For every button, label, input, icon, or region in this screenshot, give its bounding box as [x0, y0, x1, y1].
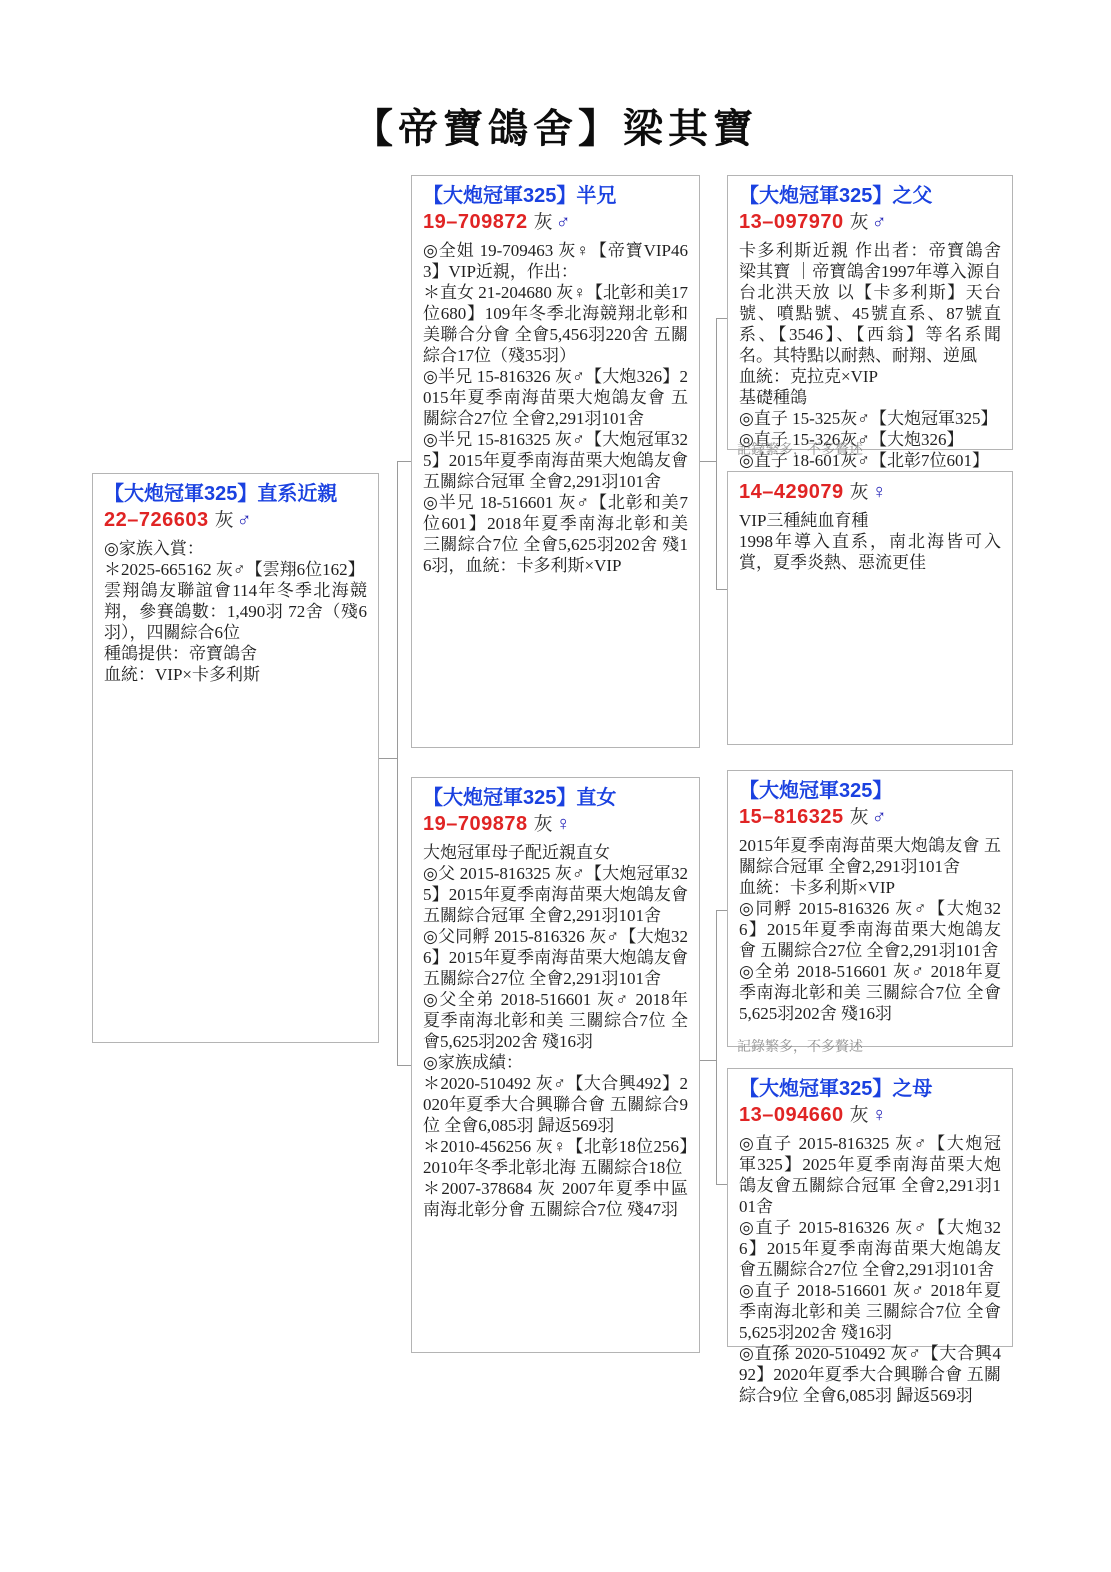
sex-symbol: ♀ — [556, 813, 571, 835]
box-body: ◎全姐 19-709463 灰♀【帝寶VIP463】VIP近親，作出： ＊直女 … — [423, 240, 688, 576]
color-label: 灰 — [215, 510, 234, 531]
connector-subject-stub — [379, 758, 397, 759]
box-body: 2015年夏季南海苗栗大炮鴿友會 五關綜合冠軍 全會2,291羽101舍 血統：… — [739, 835, 1001, 1024]
ring-number: 13–094660 — [739, 1104, 844, 1126]
ring-line: 13–094660灰♀ — [739, 1102, 1001, 1129]
color-label: 灰 — [850, 482, 869, 503]
sex-symbol: ♂ — [237, 509, 252, 531]
ring-number: 22–726603 — [104, 509, 209, 531]
ring-number: 15–816325 — [739, 806, 844, 828]
ring-line: 19–709878灰♀ — [423, 811, 688, 838]
box-body: ◎家族入賞： ＊2025-665162 灰♂【雲翔6位162】 雲翔鴿友聯誼會1… — [104, 538, 367, 685]
record-note: 記錄繁多，不多贅述 — [737, 440, 863, 458]
box-title: 【大炮冠軍325】直女 — [423, 785, 688, 811]
pedigree-box-mother-sire: 【大炮冠軍325】 15–816325灰♂ 2015年夏季南海苗栗大炮鴿友會 五… — [727, 770, 1013, 1047]
box-body: ◎直子 2015-816325 灰♂【大炮冠軍325】2025年夏季南海苗栗大炮… — [739, 1133, 1001, 1406]
pedigree-box-father-dam: 14–429079灰♀ VIP三種純血育種 1998年導入直系，南北海皆可入賞，… — [727, 471, 1013, 745]
connector-father-stub — [700, 461, 716, 462]
ring-number: 13–097970 — [739, 211, 844, 233]
box-title: 【大炮冠軍325】 — [739, 778, 1001, 804]
connector-subject-parents — [397, 461, 412, 1066]
page-title: 【帝寶鴿舍】梁其寶 — [0, 97, 1111, 154]
ring-line: 14–429079灰♀ — [739, 479, 1001, 506]
box-body: VIP三種純血育種 1998年導入直系，南北海皆可入賞，夏季炎熱、惡流更佳 — [739, 510, 1001, 573]
color-label: 灰 — [850, 212, 869, 233]
box-body: 卡多利斯近親 作出者：帝寶鴿舍 梁其寶 ｜帝寶鴿舍1997年導入源自 台北洪天放… — [739, 240, 1001, 471]
color-label: 灰 — [534, 814, 553, 835]
ring-number: 19–709872 — [423, 211, 528, 233]
color-label: 灰 — [534, 212, 553, 233]
connector-father-parents — [716, 318, 727, 590]
sex-symbol: ♂ — [872, 806, 887, 828]
box-title: 【大炮冠軍325】直系近親 — [104, 481, 367, 507]
ring-number: 14–429079 — [739, 481, 844, 503]
connector-mother-stub — [700, 1060, 716, 1061]
pedigree-box-mother-dam: 【大炮冠軍325】之母 13–094660灰♀ ◎直子 2015-816325 … — [727, 1068, 1013, 1347]
box-title: 【大炮冠軍325】半兄 — [423, 183, 688, 209]
sex-symbol: ♂ — [556, 211, 571, 233]
sex-symbol: ♀ — [872, 481, 887, 503]
color-label: 灰 — [850, 807, 869, 828]
record-note: 記錄繁多，不多贅述 — [737, 1037, 863, 1055]
ring-line: 22–726603灰♂ — [104, 507, 367, 534]
color-label: 灰 — [850, 1105, 869, 1126]
pedigree-box-mother: 【大炮冠軍325】直女 19–709878灰♀ 大炮冠軍母子配近親直女 ◎父 2… — [411, 777, 700, 1353]
sex-symbol: ♀ — [872, 1104, 887, 1126]
box-title: 【大炮冠軍325】之父 — [739, 183, 1001, 209]
pedigree-box-subject: 【大炮冠軍325】直系近親 22–726603灰♂ ◎家族入賞： ＊2025-6… — [92, 473, 379, 1043]
pedigree-box-father: 【大炮冠軍325】半兄 19–709872灰♂ ◎全姐 19-709463 灰♀… — [411, 175, 700, 748]
ring-line: 13–097970灰♂ — [739, 209, 1001, 236]
sex-symbol: ♂ — [872, 211, 887, 233]
ring-number: 19–709878 — [423, 813, 528, 835]
ring-line: 15–816325灰♂ — [739, 804, 1001, 831]
pedigree-page: 【帝寶鴿舍】梁其寶 【大炮冠軍325】直系近親 22–726603灰♂ ◎家族入… — [0, 0, 1111, 1572]
connector-mother-parents — [716, 910, 727, 1185]
pedigree-box-father-sire: 【大炮冠軍325】之父 13–097970灰♂ 卡多利斯近親 作出者：帝寶鴿舍 … — [727, 175, 1013, 450]
box-body: 大炮冠軍母子配近親直女 ◎父 2015-816325 灰♂【大炮冠軍325】20… — [423, 842, 688, 1220]
ring-line: 19–709872灰♂ — [423, 209, 688, 236]
box-title: 【大炮冠軍325】之母 — [739, 1076, 1001, 1102]
